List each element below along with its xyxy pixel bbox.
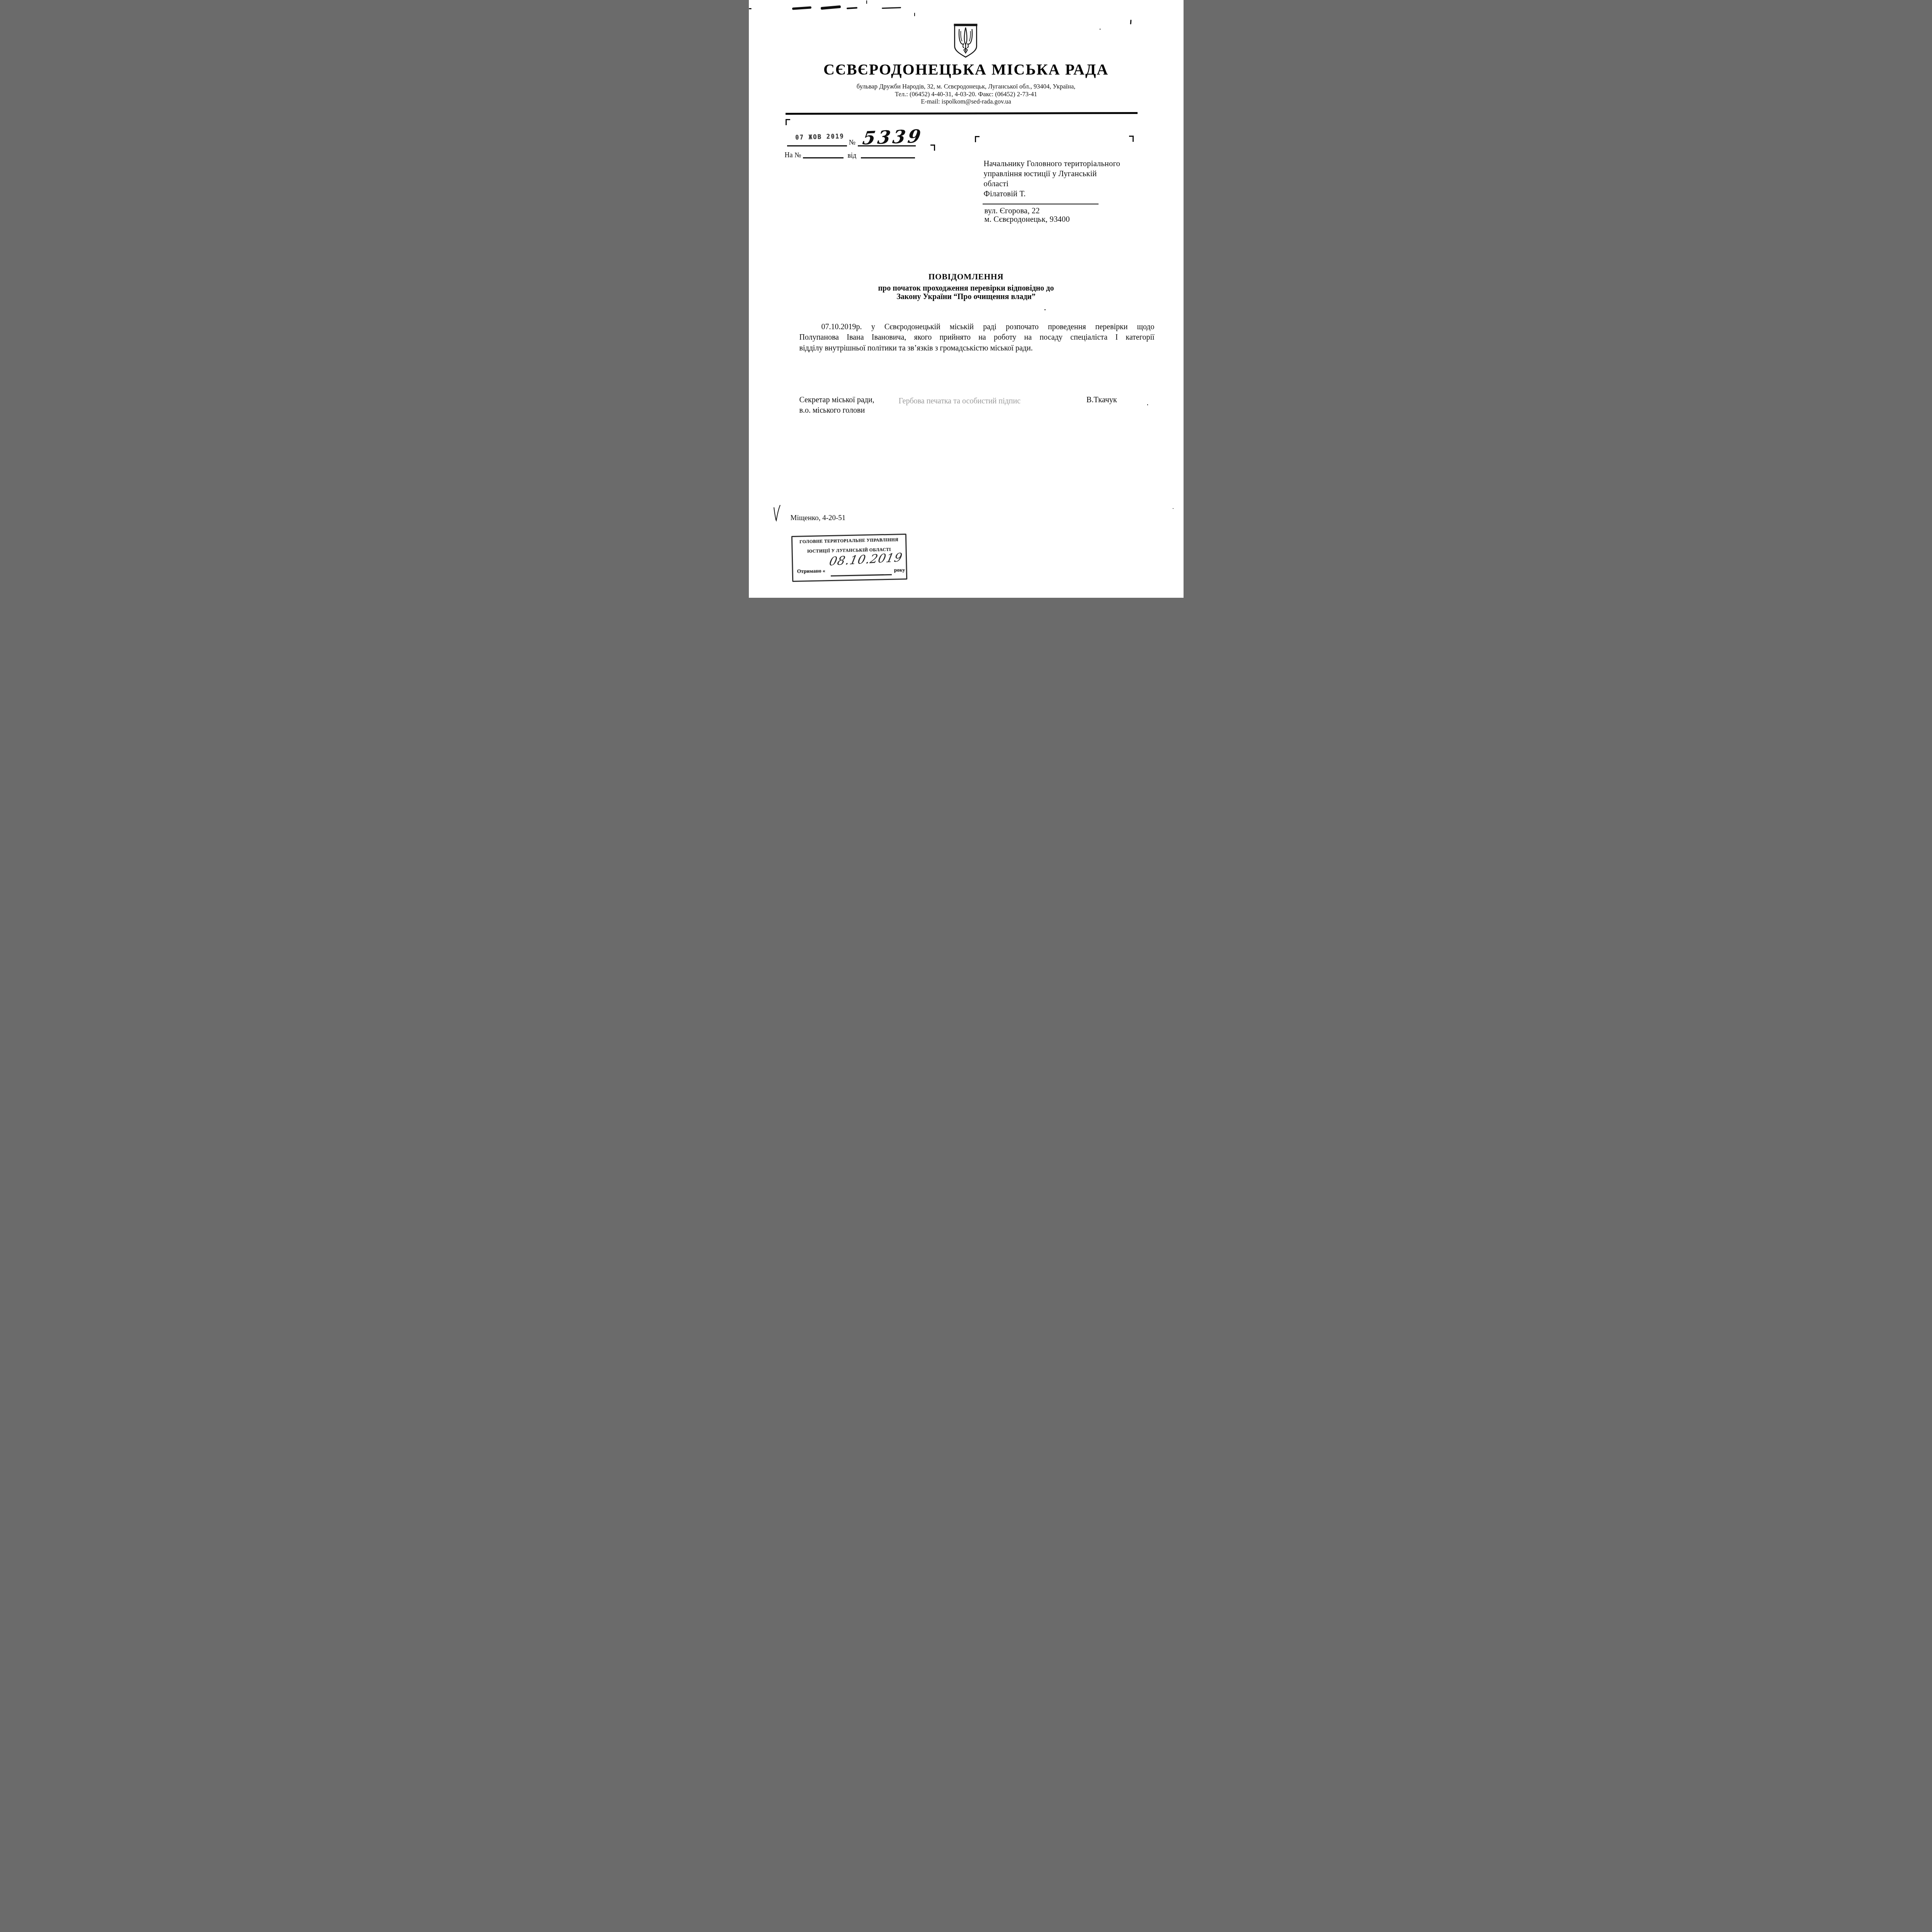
scan-artifact xyxy=(866,0,867,4)
recipient-divider xyxy=(983,204,1099,204)
scan-artifact xyxy=(1100,29,1101,30)
scan-artifact xyxy=(820,5,840,10)
recipient-street: вул. Єгорова, 22 xyxy=(985,207,1040,216)
recipient-name: Філатовій Т. xyxy=(984,190,1026,199)
scan-artifact xyxy=(1147,404,1148,405)
signer-role-line: в.о. міського голови xyxy=(799,406,865,415)
scanned-letter-page: СЄВЄРОДОНЕЦЬКА МІСЬКА РАДА бульвар Дружб… xyxy=(749,0,1184,598)
registration-date-stamp: 07 ЖОВ 2019 xyxy=(795,132,844,141)
scan-artifact xyxy=(846,7,857,9)
org-name: СЄВЄРОДОНЕЦЬКА МІСЬКА РАДА xyxy=(749,60,1184,78)
recipient-line: Начальнику Головного територіального xyxy=(984,160,1121,168)
scan-artifact xyxy=(1130,20,1131,24)
number-sign: № xyxy=(849,138,855,146)
receipt-received-label: Отримано « xyxy=(797,568,825,575)
corner-mark-icon xyxy=(786,119,790,125)
receipt-year-label: року xyxy=(894,567,905,573)
number-underline xyxy=(858,145,916,146)
document-subtitle: про початок проходження перевірки відпов… xyxy=(749,284,1184,293)
from-label: від xyxy=(848,151,857,160)
body-text-line: Полупанова Івана Івановича, якого прийня… xyxy=(799,332,1155,343)
scan-artifact xyxy=(792,6,811,10)
handwritten-checkmark-icon xyxy=(772,504,781,522)
recipient-city: м. Сєвєродонецьк, 93400 xyxy=(985,215,1070,224)
scan-artifact xyxy=(914,13,915,16)
reply-number-underline xyxy=(803,157,844,158)
corner-mark-icon xyxy=(1129,136,1134,142)
scan-artifact xyxy=(881,7,901,9)
reply-to-label: На № xyxy=(785,151,801,159)
handwritten-received-date: 08.10.2019 xyxy=(828,551,903,569)
document-title: ПОВІДОМЛЕННЯ xyxy=(749,272,1184,282)
receipt-stamp: ГОЛОВНЕ ТЕРИТОРІАЛЬНЕ УПРАВЛІННЯ ЮСТИЦІЇ… xyxy=(791,534,907,582)
signer-name: В.Ткачук xyxy=(1087,396,1117,405)
corner-mark-icon xyxy=(930,145,935,151)
seal-and-signature-note: Гербова печатка та особистий підпис xyxy=(899,397,1021,406)
date-underline xyxy=(787,145,847,146)
signer-role-line: Секретар міської ради, xyxy=(799,396,874,405)
trident-emblem-icon xyxy=(953,23,978,59)
scan-artifact xyxy=(749,8,752,9)
recipient-line: управління юстиції у Луганській xyxy=(984,170,1097,179)
executor-contact: Міщенко, 4-20-51 xyxy=(791,514,846,522)
recipient-line: області xyxy=(984,180,1009,189)
reply-date-underline xyxy=(861,157,915,158)
org-phone-fax: Тел.: (06452) 4-40-31, 4-03-20. Факс: (0… xyxy=(749,90,1184,98)
body-text-line: 07.10.2019р. у Сєвєродонецькій міській р… xyxy=(799,322,1155,332)
org-email: E-mail: ispolkom@sed-rada.gov.ua xyxy=(749,98,1184,105)
header-divider xyxy=(785,112,1137,115)
document-subtitle: Закону України “Про очищення влади” xyxy=(749,293,1184,301)
org-address: бульвар Дружби Народів, 32, м. Сєвєродон… xyxy=(749,83,1184,90)
scan-artifact xyxy=(1173,508,1173,509)
received-date-underline xyxy=(830,574,891,577)
body-text-line: відділу внутрішньої політики та зв’язків… xyxy=(799,343,1155,354)
corner-mark-icon xyxy=(975,136,980,142)
receipt-stamp-org-line: ГОЛОВНЕ ТЕРИТОРІАЛЬНЕ УПРАВЛІННЯ xyxy=(792,537,905,544)
scan-artifact xyxy=(1044,309,1046,310)
